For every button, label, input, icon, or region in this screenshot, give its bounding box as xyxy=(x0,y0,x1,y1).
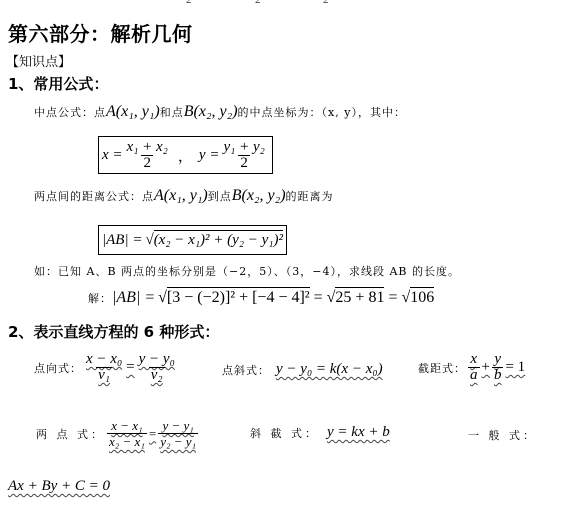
fraction: x − x₀ v₁ xyxy=(84,352,124,383)
numerator: y₁ + y₂ xyxy=(221,140,266,155)
formula-lhs: y = xyxy=(199,147,220,164)
fraction: y − y₀ v₂ xyxy=(137,352,177,383)
distance-label: 两点间的距离公式： xyxy=(34,188,142,204)
text: 点 xyxy=(142,188,154,204)
residual-digit: 2 xyxy=(323,0,329,6)
sqrt-icon: √ xyxy=(327,289,336,307)
denominator: v₂ xyxy=(149,367,165,383)
numerator: x₁ + x₂ xyxy=(125,140,170,155)
midpoint-label: 中点公式： xyxy=(34,104,94,120)
denominator: v₁ xyxy=(96,367,112,383)
form-label: 两 点 式： xyxy=(36,426,105,442)
denominator: a xyxy=(468,367,480,383)
form-label: 点斜式： xyxy=(222,362,270,378)
form-label: 截距式： xyxy=(418,360,466,376)
sqrt-icon: √ xyxy=(401,289,410,307)
denominator: 2 xyxy=(238,155,250,171)
solution-label: 解： xyxy=(88,290,112,306)
general-form-formula: Ax + By + C = 0 xyxy=(8,478,110,495)
fraction: y₁ + y₂ 2 xyxy=(221,140,266,171)
text: 到点 xyxy=(208,188,232,204)
text: 的中点坐标为：（x, y），其中： xyxy=(238,104,406,120)
distance-formula-box: |AB| = √ (x₂ − x₁)² + (y₂ − y₁)² xyxy=(98,225,287,255)
fraction: y − y₁ y₂ − y₁ xyxy=(158,418,198,449)
numerator: x xyxy=(468,352,479,367)
separator: ， xyxy=(178,145,193,166)
text: 和点 xyxy=(160,104,184,120)
denominator: b xyxy=(492,367,504,383)
fraction: x − x₁ x₂ − x₁ xyxy=(107,418,147,449)
form-general: 一 般 式： xyxy=(468,424,537,443)
fraction: y b xyxy=(492,352,504,383)
form-intercept: 截距式： x a + y b = 1 xyxy=(418,352,525,383)
formula: y = kx + b xyxy=(327,424,390,441)
formula: y − y₀ = k(x − x₀) xyxy=(276,361,383,378)
point-a: A(x₁, y₁) xyxy=(106,103,160,121)
residual-digit: 2 xyxy=(255,0,261,6)
radicand: 106 xyxy=(410,287,434,306)
denominator: x₂ − x₁ xyxy=(107,433,147,449)
numerator: y − y₀ xyxy=(137,352,177,367)
midpoint-formula-box: x = x₁ + x₂ 2 ， y = y₁ + y₂ 2 xyxy=(98,136,273,174)
midpoint-description: 中点公式： 点 A(x₁, y₁) 和点 B(x₂, y₂) 的中点坐标为：（x… xyxy=(34,103,406,121)
sqrt-icon: √ xyxy=(158,289,167,307)
form-label: 斜 截 式： xyxy=(250,425,319,441)
rhs: = 1 xyxy=(505,359,525,376)
point-b: B(x₂, y₂) xyxy=(232,187,286,205)
page-title: 第六部分：解析几何 xyxy=(8,18,193,47)
form-point-slope: 点斜式： y − y₀ = k(x − x₀) xyxy=(222,361,383,378)
numerator: x − x₁ xyxy=(109,418,144,433)
sqrt-icon: √ xyxy=(145,232,153,249)
numerator: x − x₀ xyxy=(84,352,124,367)
example-solution: 解： |AB| = √ [3 − (−2)]² + [−4 − 4]² = √ … xyxy=(88,289,434,307)
form-two-point: 两 点 式： x − x₁ x₂ − x₁ = y − y₁ y₂ − y₁ xyxy=(36,418,200,449)
denominator: 2 xyxy=(141,155,153,171)
fraction: x₁ + x₂ 2 xyxy=(125,140,170,171)
numerator: y − y₁ xyxy=(160,418,195,433)
form-point-direction: 点向式： x − x₀ v₁ = y − y₀ v₂ xyxy=(34,352,179,383)
example-question: 如：已知 A、B 两点的坐标分别是（−2，5）、（3，−4），求线段 AB 的长… xyxy=(34,263,460,279)
equals: = xyxy=(388,289,397,307)
equals: = xyxy=(126,359,134,376)
fraction: x a xyxy=(468,352,480,383)
denominator: y₂ − y₁ xyxy=(158,433,198,449)
knowledge-label: 【知识点】 xyxy=(6,51,71,70)
section-1-heading: 1、常用公式： xyxy=(8,73,108,94)
formula-lhs: x = xyxy=(102,147,123,164)
section-2-heading: 2、表示直线方程的 6 种形式： xyxy=(8,321,219,342)
equals: = xyxy=(314,289,323,307)
residual-digit: 2 xyxy=(186,0,192,6)
radicand: [3 − (−2)]² + [−4 − 4]² xyxy=(167,287,310,306)
text: 的距离为 xyxy=(286,188,334,204)
equals: = xyxy=(149,426,156,442)
plus: + xyxy=(482,359,490,376)
formula-lhs: |AB| = xyxy=(112,289,155,307)
point-a: A(x₁, y₁) xyxy=(154,187,208,205)
form-slope-intercept: 斜 截 式： y = kx + b xyxy=(250,424,390,441)
text: 点 xyxy=(94,104,106,120)
formula-lhs: |AB| = xyxy=(102,232,142,249)
point-b: B(x₂, y₂) xyxy=(184,103,238,121)
form-label: 点向式： xyxy=(34,360,82,376)
form-label: 一 般 式： xyxy=(468,429,537,442)
radicand: 25 + 81 xyxy=(335,287,384,306)
distance-description: 两点间的距离公式： 点 A(x₁, y₁) 到点 B(x₂, y₂) 的距离为 xyxy=(34,187,334,205)
radicand: (x₂ − x₁)² + (y₂ − y₁)² xyxy=(154,230,283,248)
numerator: y xyxy=(492,352,503,367)
